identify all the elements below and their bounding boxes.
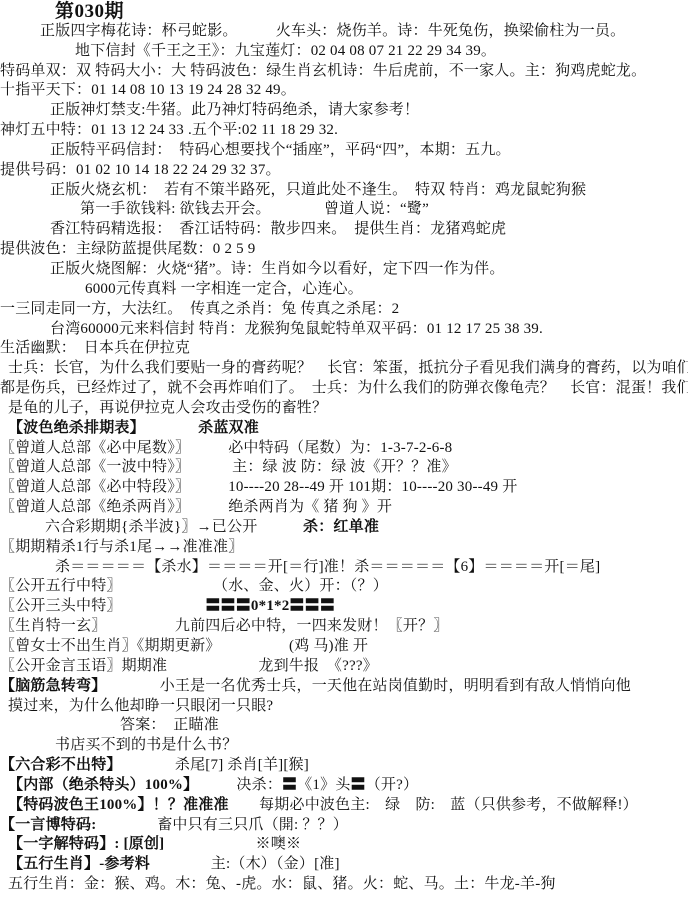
text-line: 【脑筋急转弯】 小王是一名优秀士兵，一天他在站岗值勤时，明明看到有敌人悄悄向他 xyxy=(0,677,688,697)
text-line: 【六合彩不出特】 杀尾[7] 杀肖[羊][猴] xyxy=(0,756,688,776)
text-segment: 生活幽默： 日本兵在伊拉克 xyxy=(0,340,190,356)
text-line: 正版四字梅花诗：杯弓蛇影。 火车头：烧伤羊。诗：牛死兔伤，换梁偷柱为一员。 xyxy=(0,22,688,42)
text-line: 士兵：长官，为什么我们要贴一身的膏药呢？ 长官：笨蛋，抵抗分子看见我们满身的膏药… xyxy=(0,359,688,379)
text-segment: 6000元传真料 一字相连一定合，心连心。 xyxy=(85,281,363,297)
text-segment: 答案： 正瞄准 xyxy=(120,717,219,733)
text-line: 正版火烧玄机： 若有不策半路死，只道此处不逢生。 特双 特肖：鸡龙鼠蛇狗猴 xyxy=(0,181,688,201)
text-segment: 〖曾道人总部《必中特段》〗 10----20 28--49 开 101期：10-… xyxy=(0,479,517,495)
text-segment: 【脑筋急转弯】 xyxy=(0,678,99,694)
text-segment: 主:（木）（金）[准] xyxy=(150,856,340,872)
text-segment: 是龟的儿子，再说伊拉克人会攻击受伤的畜牲？ xyxy=(8,400,327,416)
text-line: 〖曾道人总部《必中特段》〗 10----20 28--49 开 101期：10-… xyxy=(0,478,688,498)
text-line: 台湾60000元来料信封 特肖：龙猴狗兔鼠蛇特单双平码：01 12 17 25 … xyxy=(0,320,688,340)
text-segment: 〖期期精杀1行与杀1尾→→准准准〗 xyxy=(0,539,243,555)
text-line: 香江特码精选报： 香江话特码：散步四来。 提供生肖：龙猪鸡蛇虎 xyxy=(0,220,688,240)
text-segment: 第030期 xyxy=(55,1,124,22)
lottery-tip-sheet: 第030期正版四字梅花诗：杯弓蛇影。 火车头：烧伤羊。诗：牛死兔伤，换梁偷柱为一… xyxy=(0,0,688,895)
text-segment: 提供号码：01 02 10 14 18 22 24 29 32 37。 xyxy=(0,162,281,178)
text-line: 摸过来，为什么他却睁一只眼闭一只眼? xyxy=(0,697,688,717)
text-line: 【一言博特码: 畜中只有三只爪（開: ？？） xyxy=(0,816,688,836)
text-segment: 正版四字梅花诗：杯弓蛇影。 火车头：烧伤羊。诗：牛死兔伤，换梁偷柱为一员。 xyxy=(40,23,625,39)
text-segment: 十指平天下：01 14 08 10 13 19 24 28 32 49。 xyxy=(0,82,296,98)
text-line: 〖曾道人总部《绝杀两肖》〗 绝杀两肖为《 猪 狗 》开 xyxy=(0,498,688,518)
text-line: 【内部（绝杀特头）100%】 决杀：〓《1》头〓（开?） xyxy=(0,776,688,796)
text-segment: 畜中只有三只爪（開: ？？） xyxy=(96,817,348,833)
text-line: 提供号码：01 02 10 14 18 22 24 29 32 37。 xyxy=(0,161,688,181)
text-segment: 神灯五中特：01 13 12 24 33 .五个平:02 11 18 29 32… xyxy=(0,122,338,138)
text-segment: 〓〓〓0*1*2〓〓〓 xyxy=(205,598,335,614)
text-segment: 每期必中波色主: 绿 防: 蓝（只供参考，不做解释!） xyxy=(229,797,638,813)
text-line: 【特码波色王100%】！？准准准 每期必中波色主: 绿 防: 蓝（只供参考，不做… xyxy=(0,796,688,816)
text-segment: 都是伤兵，已经炸过了，就不会再炸咱们了。 士兵：为什么我们的防弹衣像龟壳？ 长官… xyxy=(0,380,688,396)
text-segment: 【波色绝杀排期表】 xyxy=(8,420,137,436)
text-line: 杀＝＝＝＝＝【杀水】＝＝＝＝开[＝行]准！杀＝＝＝＝＝【6】＝＝＝＝开[＝尾] xyxy=(0,558,688,578)
text-line: 地下信封《千王之王》：九宝莲灯：02 04 08 07 21 22 29 34 … xyxy=(0,42,688,62)
text-line: 【波色绝杀排期表】 杀蓝双准 xyxy=(0,419,688,439)
text-segment: 小王是一名优秀士兵，一天他在站岗值勤时，明明看到有敌人悄悄向他 xyxy=(99,678,631,694)
text-segment: （开?） xyxy=(366,777,418,793)
text-line: 第一手欲钱料: 欲钱去开会。 曾道人说：“鹭” xyxy=(0,200,688,220)
text-line: 生活幽默： 日本兵在伊拉克 xyxy=(0,339,688,359)
text-segment: 〖曾道人总部《必中尾数》〗 必中特码（尾数）为：1-3-7-2-6-8 xyxy=(0,440,452,456)
text-segment: 杀：红单准 xyxy=(303,519,379,535)
text-segment: 杀蓝双准 xyxy=(198,420,259,436)
text-line: 五行生肖：金：猴、鸡。木：兔、-虎。水：鼠、猪。火：蛇、马。土：牛龙-羊-狗 xyxy=(0,875,688,895)
text-segment: 五行生肖：金：猴、鸡。木：兔、-虎。水：鼠、猪。火：蛇、马。土：牛龙-羊-狗 xyxy=(8,876,556,892)
text-line: 〖公开金言玉语〗期期准 龙到牛报 《???》 xyxy=(0,657,688,677)
text-segment: 书店买不到的书是什么书？ xyxy=(55,737,237,753)
text-segment: 地下信封《千王之王》：九宝莲灯：02 04 08 07 21 22 29 34 … xyxy=(75,43,496,59)
text-line: 正版特平码信封： 特码心想要找个“插座”，平码“四”，本期：五九。 xyxy=(0,141,688,161)
text-segment: 【六合彩不出特】 xyxy=(0,757,114,773)
text-segment: 〖曾女士不出生肖〗《期期更新》 (鸡 马)准 开 xyxy=(0,638,368,654)
text-segment: 【特码波色王100%】！？准准准 xyxy=(8,797,229,813)
text-line: 正版神灯禁支:牛猪。此乃神灯特码绝杀，请大家参考！ xyxy=(0,101,688,121)
text-line: 〖曾女士不出生肖〗《期期更新》 (鸡 马)准 开 xyxy=(0,637,688,657)
text-line: 十指平天下：01 14 08 10 13 19 24 28 32 49。 xyxy=(0,81,688,101)
text-line: 答案： 正瞄准 xyxy=(0,716,688,736)
text-line: 〖公开三头中特〗 〓〓〓0*1*2〓〓〓 xyxy=(0,597,688,617)
text-line: 正版火烧图解：火烧“猪”。诗：生肖如今以看好，定下四一作为伴。 xyxy=(0,260,688,280)
text-segment xyxy=(137,420,198,436)
text-line: 【一字解特码】: [原创] ※噢※ xyxy=(0,835,688,855)
text-segment: 台湾60000元来料信封 特肖：龙猴狗兔鼠蛇特单双平码：01 12 17 25 … xyxy=(50,321,543,337)
text-segment: 〖公开五行中特〗 （水、金、火）开：（？） xyxy=(0,578,388,594)
text-segment: 正版特平码信封： 特码心想要找个“插座”，平码“四”，本期：五九。 xyxy=(50,142,511,158)
text-segment: 正版火烧玄机： 若有不策半路死，只道此处不逢生。 特双 特肖：鸡龙鼠蛇狗猴 xyxy=(50,182,586,198)
text-segment: 决杀： xyxy=(191,777,282,793)
text-line: 〖期期精杀1行与杀1尾→→准准准〗 xyxy=(0,538,688,558)
text-line: 〖公开五行中特〗 （水、金、火）开：（？） xyxy=(0,577,688,597)
text-line: 神灯五中特：01 13 12 24 33 .五个平:02 11 18 29 32… xyxy=(0,121,688,141)
text-segment: 杀＝＝＝＝＝【杀水】＝＝＝＝开[＝行]准！杀＝＝＝＝＝【6】＝＝＝＝开[＝尾] xyxy=(55,559,600,575)
text-line: 第030期 xyxy=(0,2,688,22)
text-segment: 《1》头 xyxy=(297,777,350,793)
text-segment: ※噢※ xyxy=(164,836,301,852)
text-segment: 摸过来，为什么他却睁一只眼闭一只眼? xyxy=(8,698,273,714)
text-segment: 〓 xyxy=(351,777,366,793)
text-line: 6000元传真料 一字相连一定合，心连心。 xyxy=(0,280,688,300)
text-line: 〖生肖特一玄〗 九前四后必中特，一四来发财！〖开？〗 xyxy=(0,617,688,637)
text-segment: 提供波色：主绿防蓝提供尾数：0 2 5 9 xyxy=(0,241,255,257)
text-line: 〖曾道人总部《必中尾数》〗 必中特码（尾数）为：1-3-7-2-6-8 xyxy=(0,439,688,459)
text-segment: 正版火烧图解：火烧“猪”。诗：生肖如今以看好，定下四一作为伴。 xyxy=(50,261,505,277)
text-segment: 〖公开金言玉语〗期期准 龙到牛报 《???》 xyxy=(0,658,378,674)
text-line: 都是伤兵，已经炸过了，就不会再炸咱们了。 士兵：为什么我们的防弹衣像龟壳？ 长官… xyxy=(0,379,688,399)
text-segment: 杀尾[7] 杀肖[羊][猴] xyxy=(114,757,309,773)
text-segment: 〖曾道人总部《一波中特》〗 主：绿 波 防：绿 波《开？？准》 xyxy=(0,459,457,475)
text-segment: 第一手欲钱料: 欲钱去开会。 曾道人说：“鹭” xyxy=(80,201,429,217)
text-line: 【五行生肖】-参考料 主:（木）（金）[准] xyxy=(0,855,688,875)
text-line: 〖曾道人总部《一波中特》〗 主：绿 波 防：绿 波《开？？准》 xyxy=(0,458,688,478)
text-segment: 〖生肖特一玄〗 九前四后必中特，一四来发财！〖开？〗 xyxy=(0,618,449,634)
text-segment: 士兵：长官，为什么我们要贴一身的膏药呢？ 长官：笨蛋，抵抗分子看见我们满身的膏药… xyxy=(8,360,688,376)
text-segment: 【内部（绝杀特头）100%】 xyxy=(8,777,191,793)
text-line: 书店买不到的书是什么书？ xyxy=(0,736,688,756)
text-line: 六合彩期期{杀半波}〗→已公开 杀：红单准 xyxy=(0,518,688,538)
text-segment: 【一言博特码: xyxy=(0,817,96,833)
text-segment: 正版神灯禁支:牛猪。此乃神灯特码绝杀，请大家参考！ xyxy=(50,102,419,118)
text-segment: 〖公开三头中特〗 xyxy=(0,598,205,614)
text-segment: 【五行生肖】-参考料 xyxy=(8,856,150,872)
text-segment: 香江特码精选报： 香江话特码：散步四来。 提供生肖：龙猪鸡蛇虎 xyxy=(50,221,506,237)
text-segment: 〖曾道人总部《绝杀两肖》〗 绝杀两肖为《 猪 狗 》开 xyxy=(0,499,392,515)
text-line: 一三同走同一方，大法红。 传真之杀肖：兔 传真之杀尾：2 xyxy=(0,300,688,320)
text-line: 是龟的儿子，再说伊拉克人会攻击受伤的畜牲？ xyxy=(0,399,688,419)
text-line: 提供波色：主绿防蓝提供尾数：0 2 5 9 xyxy=(0,240,688,260)
text-segment: 特码单双：双 特码大小：大 特码波色：绿生肖玄机诗：牛后虎前，不一家人。主：狗鸡… xyxy=(0,63,646,79)
text-segment: 【一字解特码】: [原创] xyxy=(8,836,164,852)
text-segment: 一三同走同一方，大法红。 传真之杀肖：兔 传真之杀尾：2 xyxy=(0,301,399,317)
text-segment: 六合彩期期{杀半波}〗→已公开 xyxy=(45,519,303,535)
text-segment: 〓 xyxy=(282,777,297,793)
text-line: 特码单双：双 特码大小：大 特码波色：绿生肖玄机诗：牛后虎前，不一家人。主：狗鸡… xyxy=(0,62,688,82)
document-lines: 第030期正版四字梅花诗：杯弓蛇影。 火车头：烧伤羊。诗：牛死兔伤，换梁偷柱为一… xyxy=(0,2,688,895)
